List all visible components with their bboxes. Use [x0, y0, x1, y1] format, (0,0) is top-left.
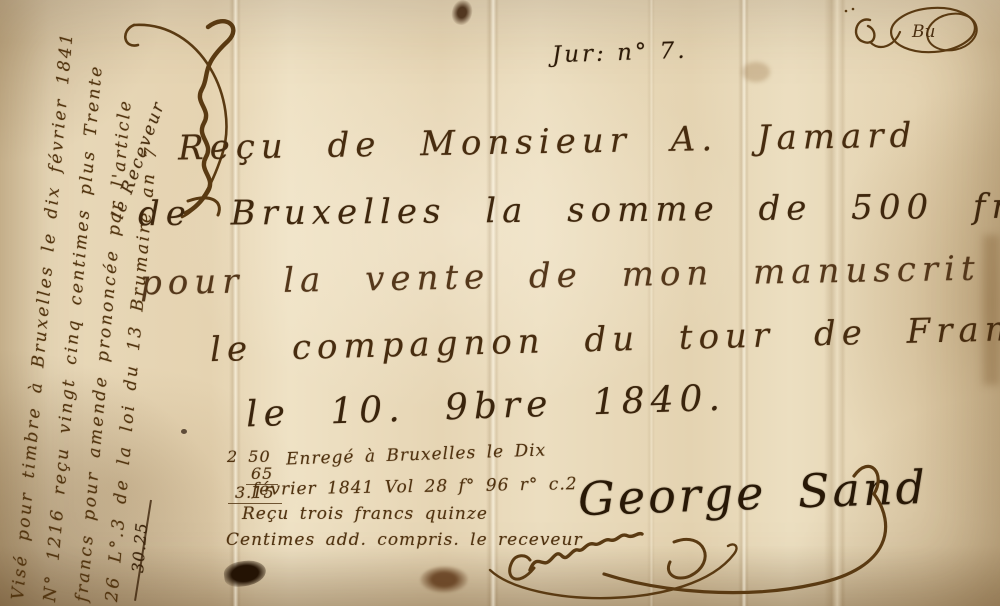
bu-oval-paraph: Bu — [836, 2, 996, 54]
paper-stain — [742, 62, 770, 82]
receipt-line-3: pour la vente de mon manuscrit — [140, 249, 981, 304]
manuscript-receipt-page: Visé pour timbre à Bruxelles le dix févr… — [0, 0, 1000, 606]
registration-line: février 1841 Vol 28 f° 96 r° c.2 — [252, 474, 578, 500]
registration-line: Enregé à Bruxelles le Dix — [286, 440, 547, 469]
bu-stamp-label: Bu — [911, 22, 935, 42]
top-inventory-note: Jur: n° 7. — [552, 38, 688, 69]
receipt-line-4: le compagnon du tour de France — [210, 308, 1000, 370]
registration-line: Reçu trois francs quinze — [242, 504, 488, 524]
receipt-line-1: Reçu de Monsieur A. Jamard — [178, 116, 918, 169]
ink-smudge — [449, 0, 474, 27]
receipt-line-2: de Bruxelles la somme de 500 francs — [138, 186, 1000, 235]
ink-speck — [181, 429, 187, 434]
registrar-signature-flourish-bottom — [478, 536, 753, 604]
ink-blot — [223, 559, 268, 589]
receipt-date-line: le 10. 9bre 1840. — [245, 378, 726, 436]
ink-blot — [420, 566, 468, 593]
